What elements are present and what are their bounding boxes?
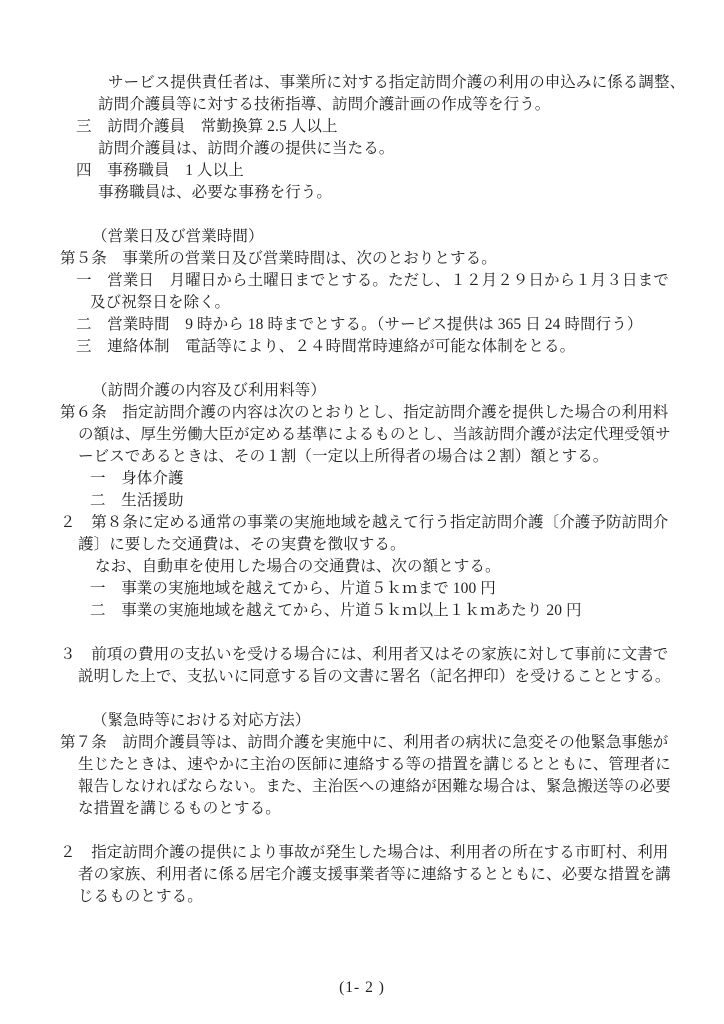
document-line: （訪問介護の内容及び利用料等） [60, 380, 670, 402]
document-page: サービス提供責任者は、事業所に対する指定訪問介護の利用の申込みに係る調整、訪問介… [0, 0, 724, 1024]
page-number: (1- 2 ) [0, 977, 724, 999]
document-line: なお、自動車を使用した場合の交通費は、次の額とする。 [60, 556, 670, 578]
document-line: な措置を講じるものとする。 [60, 798, 670, 820]
document-line: 二 事業の実施地域を越えてから、片道５ｋｍ以上１ｋｍあたり 20 円 [60, 600, 670, 622]
document-line: 護〕に要した交通費は、その実費を徴収する。 [60, 534, 670, 556]
document-line: 二 営業時間 9 時から 18 時までとする。（サービス提供は 365 日 24… [60, 314, 670, 336]
document-line: 訪問介護員は、訪問介護の提供に当たる。 [60, 138, 670, 160]
document-line: の額は、厚生労働大臣が定める基準によるものとし、当該訪問介護が法定代理受領サ [60, 424, 670, 446]
document-body: サービス提供責任者は、事業所に対する指定訪問介護の利用の申込みに係る調整、訪問介… [60, 72, 670, 908]
document-line: 第７条 訪問介護員等は、訪問介護を実施中に、利用者の病状に急変その他緊急事態が [60, 732, 670, 754]
document-line: 生じたときは、速やかに主治の医師に連絡する等の措置を講じるとともに、管理者に [60, 754, 670, 776]
document-line: 一 営業日 月曜日から土曜日までとする。ただし、１２月２９日から１月３日まで [60, 270, 670, 292]
document-line: ３ 前項の費用の支払いを受ける場合には、利用者又はその家族に対して事前に文書で [60, 644, 670, 666]
document-line: 三 連絡体制 電話等により、２４時間常時連絡が可能な体制をとる。 [60, 336, 670, 358]
document-line: 訪問介護員等に対する技術指導、訪問介護計画の作成等を行う。 [60, 94, 670, 116]
document-line: 四 事務職員 1 人以上 [60, 160, 670, 182]
document-line: 報告しなければならない。また、主治医への連絡が困難な場合は、緊急搬送等の必要 [60, 776, 670, 798]
document-line: 一 事業の実施地域を越えてから、片道５ｋｍまで 100 円 [60, 578, 670, 600]
document-line: 三 訪問介護員 常勤換算 2.5 人以上 [60, 116, 670, 138]
document-line: じるものとする。 [60, 886, 670, 908]
document-line: 二 生活援助 [60, 490, 670, 512]
document-line: ービスであるときは、その１割（一定以上所得者の場合は２割）額とする。 [60, 446, 670, 468]
document-line: サービス提供責任者は、事業所に対する指定訪問介護の利用の申込みに係る調整、 [60, 72, 670, 94]
document-line: （営業日及び営業時間） [60, 226, 670, 248]
document-line: 第６条 指定訪問介護の内容は次のとおりとし、指定訪問介護を提供した場合の利用料 [60, 402, 670, 424]
document-line: 一 身体介護 [60, 468, 670, 490]
document-line: ２ 第８条に定める通常の事業の実施地域を越えて行う指定訪問介護〔介護予防訪問介 [60, 512, 670, 534]
document-line: ２ 指定訪問介護の提供により事故が発生した場合は、利用者の所在する市町村、利用 [60, 842, 670, 864]
document-line: 説明した上で、支払いに同意する旨の文書に署名（記名押印）を受けることとする。 [60, 666, 670, 688]
document-line: 及び祝祭日を除く。 [60, 292, 670, 314]
document-line: 第５条 事業所の営業日及び営業時間は、次のとおりとする。 [60, 248, 670, 270]
document-line: （緊急時等における対応方法） [60, 710, 670, 732]
document-line: 者の家族、利用者に係る居宅介護支援事業者等に連絡するとともに、必要な措置を講 [60, 864, 670, 886]
document-line: 事務職員は、必要な事務を行う。 [60, 182, 670, 204]
